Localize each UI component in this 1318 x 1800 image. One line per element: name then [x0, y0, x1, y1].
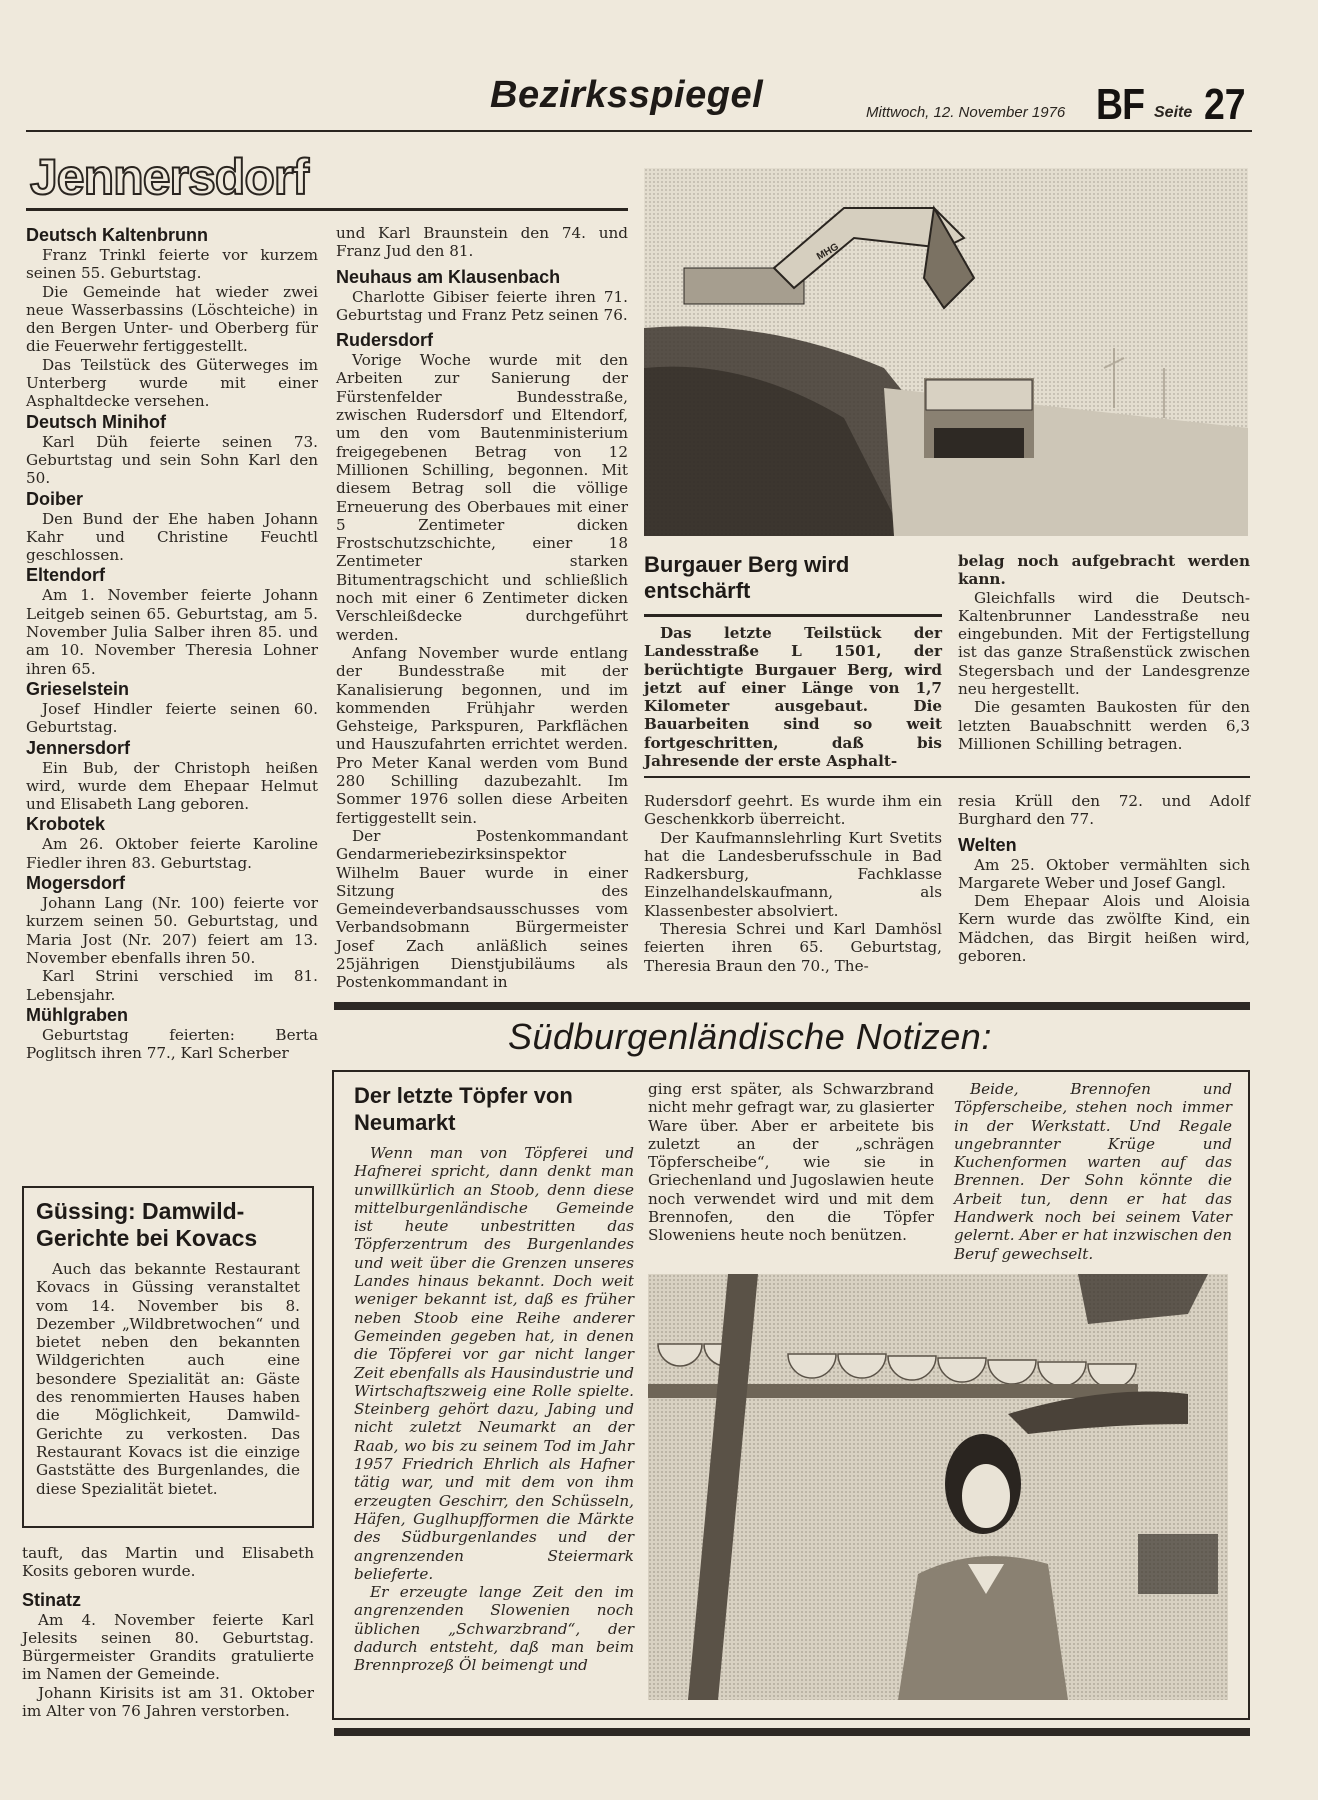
- news-item: Eltendorf Am 1. November feierte Johann …: [26, 564, 318, 677]
- article-heading: Burgauer Berg wird entschärft: [644, 552, 874, 604]
- news-item: Deutsch Minihof Karl Düh feierte seinen …: [26, 411, 318, 488]
- item-text: Am 26. Oktober feierte Karoline Fiedler …: [26, 835, 318, 872]
- excavator-image: MHG: [644, 168, 1248, 536]
- masthead-page-label: Seite: [1154, 104, 1192, 122]
- item-text: Am 1. November feierte Johann Leitgeb se…: [26, 586, 318, 677]
- masthead-date: Mittwoch, 12. November 1976: [866, 104, 1065, 121]
- article-text: Er erzeugte lange Zeit den im angrenzend…: [354, 1583, 634, 1674]
- section-title: Jennersdorf: [30, 148, 308, 206]
- item-heading: Neuhaus am Klausenbach: [336, 266, 628, 288]
- notizen-col-2: ging erst später, als Schwarzbrand nicht…: [648, 1080, 934, 1245]
- item-heading: Deutsch Minihof: [26, 411, 318, 433]
- construction-photo: MHG: [644, 168, 1248, 536]
- item-text: Karl Düh feierte seinen 73. Geburtstag u…: [26, 433, 318, 488]
- continuation-text: und Karl Braunstein den 74. und Franz Ju…: [336, 224, 628, 261]
- item-text: Franz Trinkl feierte vor kurzem seinen 5…: [26, 246, 318, 283]
- item-heading: Welten: [958, 834, 1250, 856]
- item-text: Geburtstag feierten: Berta Poglitsch ihr…: [26, 1026, 318, 1063]
- item-heading: Mühlgraben: [26, 1004, 318, 1026]
- article-text: ging erst später, als Schwarzbrand nicht…: [648, 1080, 934, 1245]
- item-heading: Doiber: [26, 488, 318, 510]
- rudersdorf-cont-column: Rudersdorf geehrt. Es wurde ihm ein Gesc…: [644, 792, 942, 975]
- news-item: Krobotek Am 26. Oktober feierte Karoline…: [26, 813, 318, 872]
- news-item: Jennersdorf Ein Bub, der Christoph heiße…: [26, 737, 318, 814]
- notizen-col-1: Wenn man von Töpferei und Hafnerei spric…: [354, 1144, 634, 1675]
- item-text: Dem Ehepaar Alois und Aloisia Kern wurde…: [958, 892, 1250, 965]
- welten-column: resia Krüll den 72. und Adolf Burghard d…: [958, 792, 1250, 965]
- item-text: Das Teilstück des Güterweges im Unterber…: [26, 356, 318, 411]
- news-item: Mogersdorf Johann Lang (Nr. 100) feierte…: [26, 872, 318, 1004]
- article-text: Gleichfalls wird die Deutsch-Kaltenbrunn…: [958, 589, 1250, 699]
- article-rule: [644, 614, 942, 617]
- article-lead: Das letzte Teilstück der Landesstraße L …: [644, 624, 942, 770]
- item-text: Josef Hindler feierte seinen 60. Geburts…: [26, 700, 318, 737]
- item-text: Die Gemeinde hat wieder zwei neue Wasser…: [26, 283, 318, 356]
- notizen-bottom-rule: [334, 1728, 1250, 1736]
- item-heading: Grieselstein: [26, 678, 318, 700]
- article-text: Beide, Brennofen und Töpferscheibe, steh…: [954, 1080, 1232, 1263]
- middle-column: und Karl Braunstein den 74. und Franz Ju…: [336, 224, 628, 992]
- item-text: Anfang November wurde entlang der Bundes…: [336, 644, 628, 827]
- continuation-text: resia Krüll den 72. und Adolf Burghard d…: [958, 792, 1250, 829]
- item-heading: Jennersdorf: [26, 737, 318, 759]
- box-heading: Güssing: Damwild-Gerichte bei Kovacs: [36, 1198, 300, 1252]
- item-heading: Deutsch Kaltenbrunn: [26, 224, 318, 246]
- item-text: Der Kaufmannslehrling Kurt Svetits hat d…: [644, 829, 942, 920]
- item-heading: Krobotek: [26, 813, 318, 835]
- divider-rule: [644, 776, 1250, 778]
- news-item: Grieselstein Josef Hindler feierte seine…: [26, 678, 318, 737]
- masthead-title: Bezirksspiegel: [490, 74, 763, 117]
- item-text: Am 4. November feierte Karl Jelesits sei…: [22, 1611, 314, 1684]
- continuation-text: Rudersdorf geehrt. Es wurde ihm ein Gesc…: [644, 792, 942, 829]
- notizen-article-heading: Der letzte Töpfer von Neumarkt: [354, 1082, 624, 1136]
- article-text: Wenn man von Töpferei und Hafnerei spric…: [354, 1144, 634, 1583]
- masthead-brand: BF: [1096, 80, 1144, 130]
- article-text: Die gesamten Baukosten für den letzten B…: [958, 698, 1250, 753]
- newspaper-page: Bezirksspiegel Mittwoch, 12. November 19…: [0, 0, 1318, 1800]
- notizen-top-rule: [334, 1002, 1250, 1010]
- item-heading: Eltendorf: [26, 564, 318, 586]
- news-item: Deutsch Kaltenbrunn Franz Trinkl feierte…: [26, 224, 318, 411]
- item-text: Theresia Schrei und Karl Damhösl feierte…: [644, 920, 942, 975]
- item-heading: Mogersdorf: [26, 872, 318, 894]
- box-text: Auch das bekannte Restaurant Kovacs in G…: [36, 1260, 300, 1498]
- item-text: Charlotte Gibiser feierte ihren 71. Gebu…: [336, 288, 628, 325]
- potter-workshop-image: [648, 1274, 1228, 1700]
- news-item: Mühlgraben Geburtstag feierten: Berta Po…: [26, 1004, 318, 1063]
- item-heading: Stinatz: [22, 1589, 314, 1611]
- item-text: Ein Bub, der Christoph heißen wird, wurd…: [26, 759, 318, 814]
- continuation-text: tauft, das Martin und Elisabeth Kosits g…: [22, 1544, 314, 1581]
- notizen-title: Südburgenländische Notizen:: [508, 1016, 992, 1058]
- article-lead-cont: belag noch aufgebracht werden kann.: [958, 552, 1250, 589]
- item-text: Karl Strini verschied im 81. Lebensjahr.: [26, 967, 318, 1004]
- item-text: Johann Lang (Nr. 100) feierte vor kurzem…: [26, 894, 318, 967]
- news-item: Doiber Den Bund der Ehe haben Johann Kah…: [26, 488, 318, 565]
- item-heading: Rudersdorf: [336, 329, 628, 351]
- masthead-rule: [26, 130, 1252, 132]
- section-rule: [26, 208, 628, 211]
- item-text: Der Postenkommandant Gendarmeriebezirksi…: [336, 827, 628, 992]
- potter-photo: [648, 1274, 1228, 1700]
- masthead-page-number: 27: [1204, 80, 1246, 130]
- guessing-box: Güssing: Damwild-Gerichte bei Kovacs Auc…: [22, 1186, 314, 1528]
- item-text: Vorige Woche wurde mit den Arbeiten zur …: [336, 351, 628, 644]
- item-text: Am 25. Oktober vermählten sich Margarete…: [958, 856, 1250, 893]
- left-column: Deutsch Kaltenbrunn Franz Trinkl feierte…: [26, 224, 318, 1062]
- notizen-col-3: Beide, Brennofen und Töpferscheibe, steh…: [954, 1080, 1232, 1263]
- item-text: Den Bund der Ehe haben Johann Kahr und C…: [26, 510, 318, 565]
- left-bottom: tauft, das Martin und Elisabeth Kosits g…: [22, 1544, 314, 1720]
- item-text: Johann Kirisits ist am 31. Oktober im Al…: [22, 1684, 314, 1721]
